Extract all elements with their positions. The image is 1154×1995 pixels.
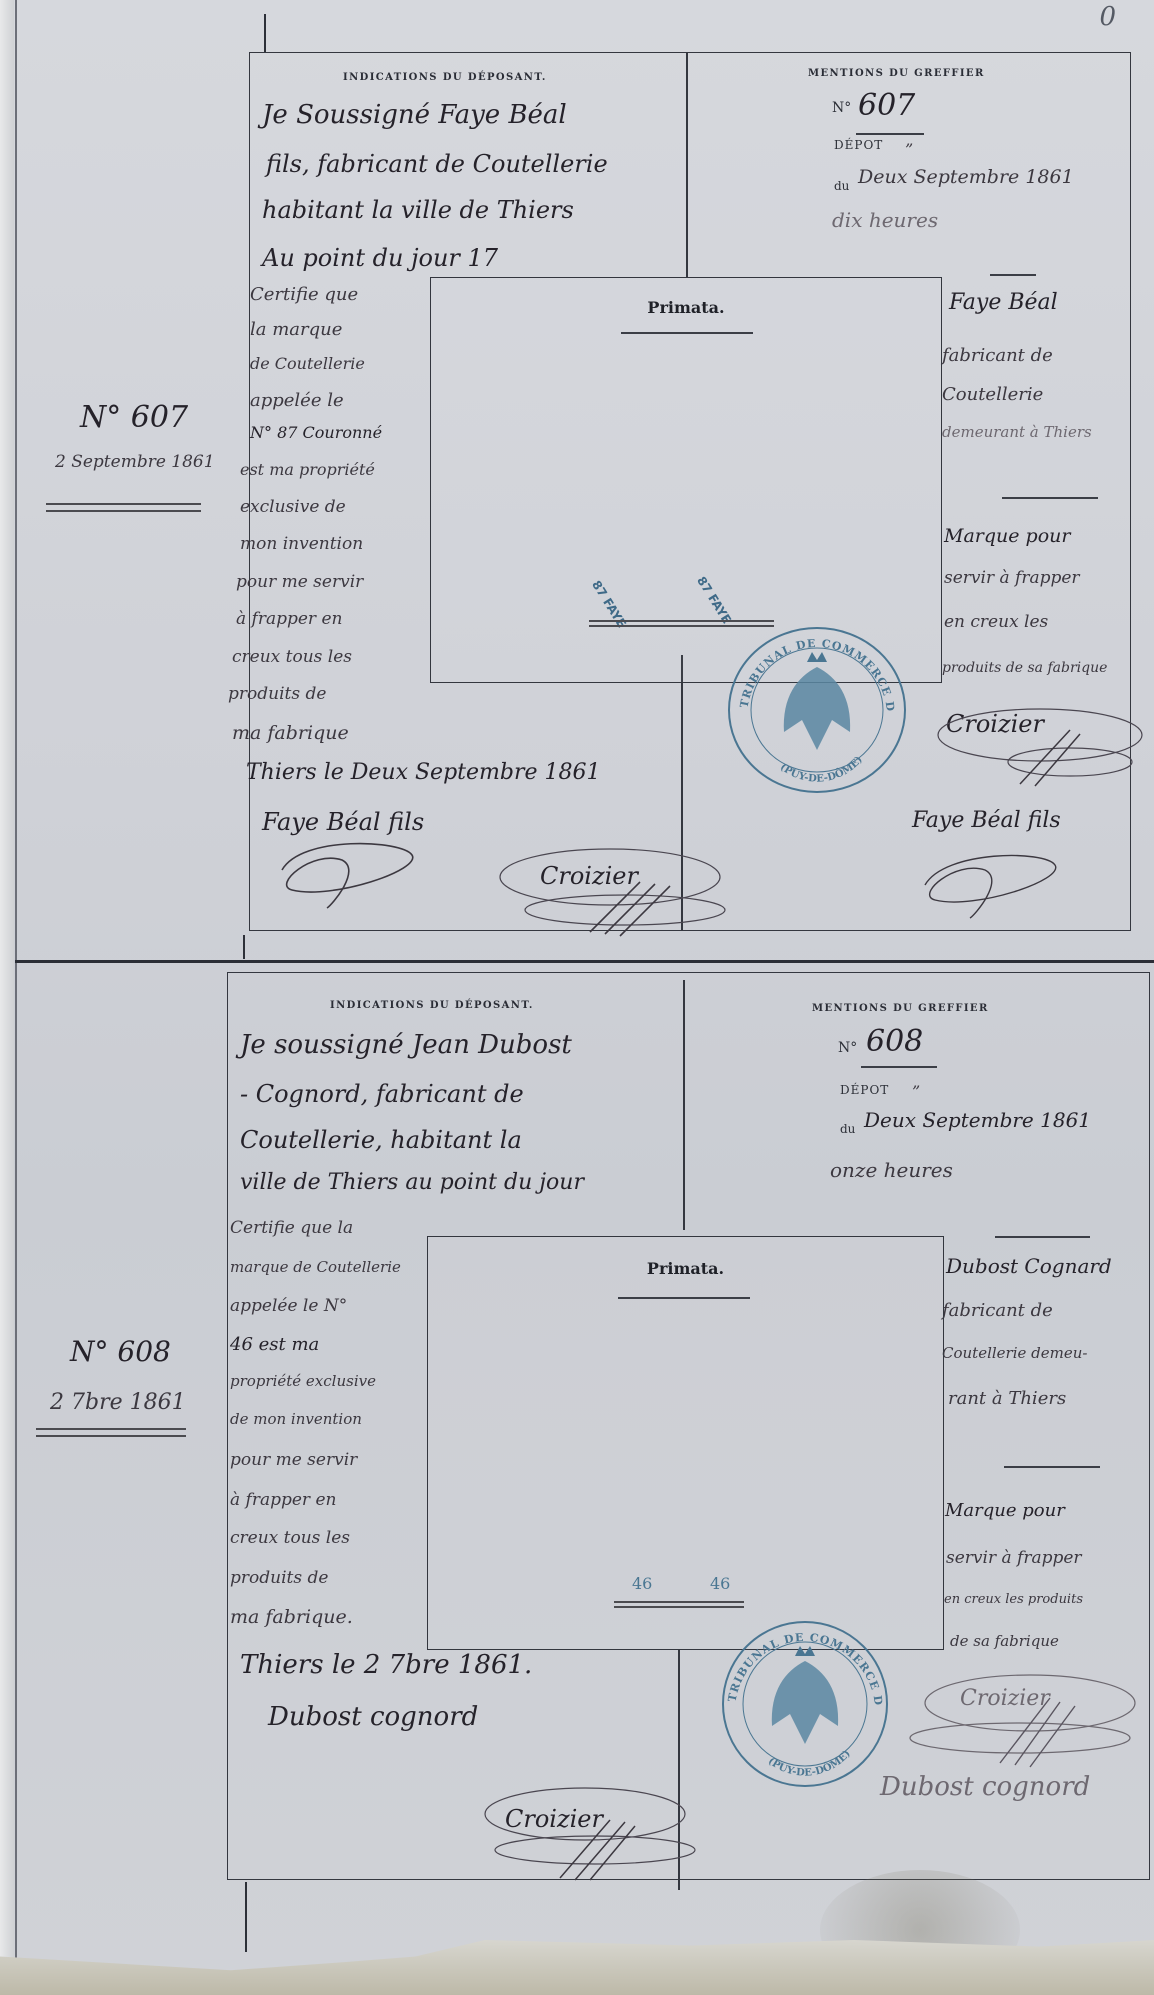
place-and-date: Thiers le 2 7bre 1861. <box>240 1650 532 1680</box>
deposit-number: 608 <box>866 1024 923 1059</box>
svg-text:(PUY-DE-DÔME): (PUY-DE-DÔME) <box>766 1748 853 1778</box>
depositor-header: INDICATIONS DU DÉPOSANT. <box>343 72 547 83</box>
certification-line: de Coutellerie <box>250 354 365 373</box>
certification-line: marque de Coutellerie <box>230 1258 401 1276</box>
declaration-line: Au point du jour 17 <box>262 244 498 272</box>
depot-label: DÉPOT <box>834 138 883 152</box>
certification-line: produits de <box>228 684 326 704</box>
signature-flourish-icon <box>915 840 1075 920</box>
greffier-paraph-icon <box>900 1668 1150 1768</box>
depot-label: DÉPOT <box>840 1083 889 1097</box>
certification-line: pour me servir <box>230 1450 357 1470</box>
page-binding-edge <box>0 0 14 1995</box>
greffier-header: MENTIONS DU GREFFIER <box>812 1003 989 1014</box>
greffier-name-rule <box>995 1236 1090 1238</box>
certification-line: ma fabrique. <box>230 1606 353 1628</box>
signature-flourish-icon <box>272 830 432 910</box>
frame-title-rule <box>621 332 753 334</box>
certification-line: appelée le N° <box>230 1296 347 1316</box>
deposit-hour: onze heures <box>830 1158 953 1182</box>
clerk-paraph-icon <box>465 1782 705 1882</box>
number-underline <box>856 133 924 135</box>
deposit-date: Deux Septembre 1861 <box>858 166 1074 188</box>
margin-entry-date: 2 Septembre 1861 <box>55 452 215 472</box>
greffier-mark-line: en creux les produits <box>944 1592 1083 1607</box>
margin-entry-number: N° 608 <box>70 1335 171 1368</box>
greffier-name-line: fabricant de <box>942 1300 1053 1321</box>
certification-line: pour me servir <box>236 572 363 592</box>
deposit-hour: dix heures <box>832 208 938 232</box>
certification-line: N° 87 Couronné <box>250 423 382 442</box>
greffier-paraph-icon <box>930 700 1150 790</box>
declaration-line: fils, fabricant de Coutellerie <box>266 150 608 178</box>
depositor-signature: Dubost cognord <box>268 1702 478 1732</box>
certification-line: produits de <box>230 1568 328 1588</box>
greffier-mark-line: de sa fabrique <box>950 1632 1059 1650</box>
certification-line: à frapper en <box>236 609 342 629</box>
tribunal-seal-icon: TRIBUNAL DE COMMERCE DE THIERS (PUY-DE-D… <box>710 1616 900 1791</box>
frame-title-rule <box>618 1297 750 1299</box>
trademark-imprint: 46 <box>710 1574 730 1593</box>
certification-line: propriété exclusive <box>230 1372 376 1390</box>
greffier-mark-line: servir à frapper <box>944 568 1080 588</box>
greffier-depositor-signature: Dubost cognord <box>880 1772 1090 1802</box>
column-tick-mark <box>264 14 266 52</box>
register-page: 0 N° 607 2 Septembre 1861 INDICATIONS DU… <box>0 0 1154 1995</box>
certification-line: de mon invention <box>230 1410 362 1428</box>
place-and-date: Thiers le Deux Septembre 1861 <box>246 760 600 785</box>
certification-line: Certifie que la <box>230 1218 353 1238</box>
du-label: du <box>834 179 849 193</box>
du-label: du <box>840 1122 855 1136</box>
greffier-mark-rule <box>1002 497 1098 499</box>
trademark-imprint: 87 FAYE <box>694 574 734 626</box>
number-label: N° <box>838 1040 857 1056</box>
entry-separator-rule <box>15 960 1154 963</box>
number-underline <box>861 1066 937 1068</box>
greffier-mark-line: Marque pour <box>944 525 1070 547</box>
deposit-number: 607 <box>858 88 915 123</box>
declaration-line: Coutellerie, habitant la <box>240 1126 522 1154</box>
column-divider-top <box>686 52 688 278</box>
margin-double-rule <box>46 503 201 512</box>
mark-imprint-frame: Primata. 46 46 <box>427 1236 944 1650</box>
declaration-line: Je soussigné Jean Dubost <box>240 1030 572 1060</box>
column-tick-mark <box>243 935 245 959</box>
frame-title: Primata. <box>431 298 941 317</box>
column-divider-top <box>683 980 685 1230</box>
greffier-name-line: rant à Thiers <box>948 1388 1066 1409</box>
certification-line: mon invention <box>240 534 363 554</box>
certification-line: est ma propriété <box>240 460 375 479</box>
greffier-mark-line: produits de sa fabrique <box>942 660 1107 676</box>
greffier-name-line: Coutellerie <box>942 384 1043 405</box>
greffier-depositor-signature: Faye Béal fils <box>912 808 1061 833</box>
svg-text:(PUY-DE-DÔME): (PUY-DE-DÔME) <box>778 754 865 784</box>
declaration-line: habitant la ville de Thiers <box>262 196 574 224</box>
certification-line: appelée le <box>250 390 344 411</box>
declaration-line: Je Soussigné Faye Béal <box>262 100 567 130</box>
greffier-header: MENTIONS DU GREFFIER <box>808 68 985 79</box>
greffier-mark-line: servir à frapper <box>946 1548 1082 1568</box>
greffier-name-rule <box>990 274 1036 276</box>
greffier-mark-line: en creux les <box>944 612 1048 632</box>
certification-line: Certifie que <box>250 284 358 305</box>
certification-line: ma fabrique <box>232 722 349 744</box>
imprint-double-rule <box>614 1601 744 1608</box>
margin-double-rule <box>36 1428 186 1437</box>
greffier-mark-line: Marque pour <box>945 1500 1065 1521</box>
left-margin-rule <box>15 0 17 1960</box>
greffier-name-line: Dubost Cognard <box>946 1254 1112 1278</box>
number-label: N° <box>832 100 851 116</box>
certification-line: exclusive de <box>240 497 346 517</box>
column-tick-mark <box>245 1882 247 1952</box>
certification-line: 46 est ma <box>230 1334 319 1355</box>
deposit-date: Deux Septembre 1861 <box>864 1108 1091 1132</box>
certification-line: creux tous les <box>232 647 352 667</box>
greffier-name-line: demeurant à Thiers <box>942 423 1092 441</box>
greffier-name-line: Coutellerie demeu- <box>942 1344 1087 1362</box>
certification-line: à frapper en <box>230 1490 336 1510</box>
certification-line: la marque <box>250 319 342 340</box>
torn-page-bottom <box>0 1940 1154 1995</box>
greffier-mark-rule <box>1004 1466 1100 1468</box>
greffier-name-line: Faye Béal <box>949 290 1058 315</box>
depot-ditto-mark: ” <box>905 140 913 159</box>
greffier-name-line: fabricant de <box>942 345 1053 366</box>
declaration-line: ville de Thiers au point du jour <box>240 1170 584 1195</box>
margin-entry-date: 2 7bre 1861 <box>50 1390 186 1415</box>
trademark-imprint: 46 <box>632 1574 652 1593</box>
depot-ditto-mark: ” <box>912 1082 920 1101</box>
frame-title: Primata. <box>428 1259 943 1278</box>
depositor-header: INDICATIONS DU DÉPOSANT. <box>330 1000 534 1011</box>
declaration-line: - Cognord, fabricant de <box>240 1080 524 1108</box>
margin-entry-number: N° 607 <box>80 400 188 435</box>
clerk-paraph-icon <box>490 842 740 937</box>
page-corner-number: 0 <box>1099 2 1116 32</box>
tribunal-seal-icon: TRIBUNAL DE COMMERCE DE THIERS (PUY-DE-D… <box>722 622 912 797</box>
certification-line: creux tous les <box>230 1528 350 1548</box>
